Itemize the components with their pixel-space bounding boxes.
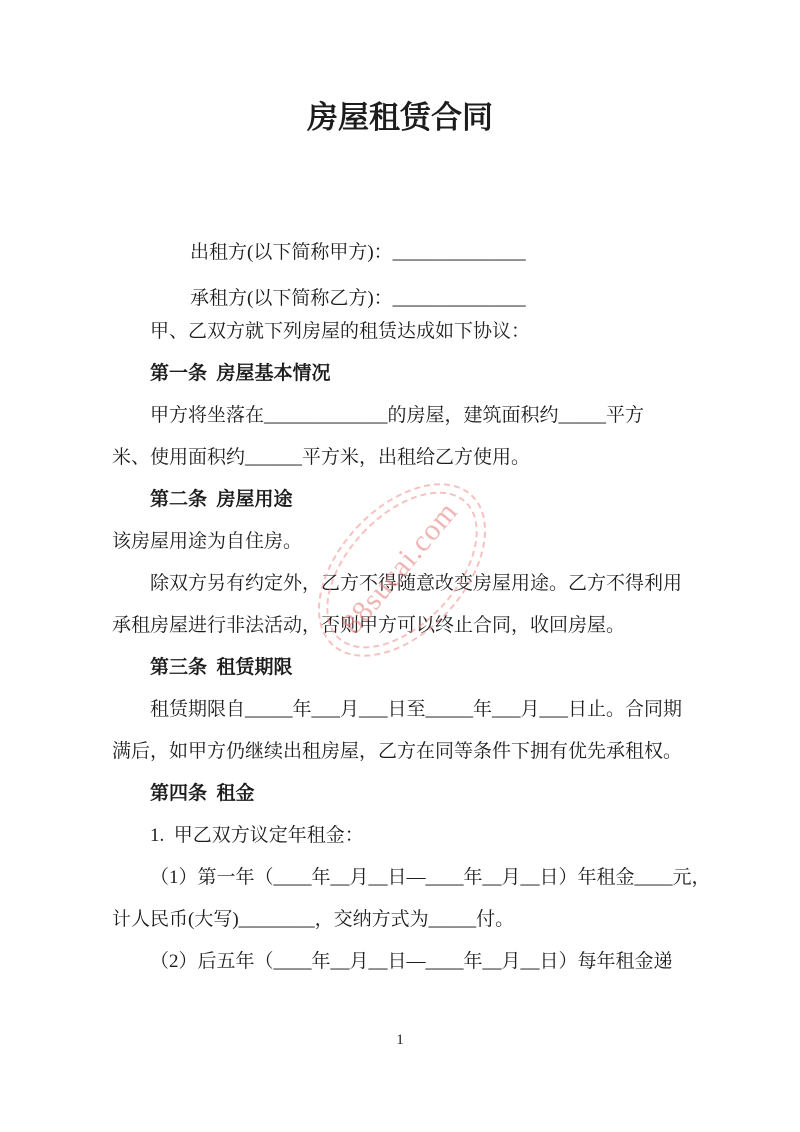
contract-line: （1）第一年（____年__月__日—____年__月__日）年租金____元，: [112, 857, 712, 899]
preamble-line: 甲、乙双方就下列房屋的租赁达成如下协议：: [112, 311, 712, 353]
section-1-heading: 第一条 房屋基本情况: [112, 353, 712, 395]
contract-page: 88sucai.com 房屋租赁合同 出租方(以下简称甲方)：_________…: [0, 0, 800, 1132]
contract-line: 租赁期限自_____年___月___日至_____年___月___日止。合同期: [112, 689, 712, 731]
contract-line: 承租房屋进行非法活动，否则甲方可以终止合同，收回房屋。: [112, 605, 712, 647]
contract-line: 1. 甲乙双方议定年租金：: [112, 815, 712, 857]
page-number: 1: [0, 1030, 800, 1050]
contract-line: 甲方将坐落在_____________的房屋，建筑面积约_____平方: [112, 395, 712, 437]
contract-line: 除双方另有约定外，乙方不得随意改变房屋用途。乙方不得利用: [112, 563, 712, 605]
lessee-blank-field: ______________: [393, 288, 526, 309]
lessor-line: 出租方(以下简称甲方)：______________: [152, 184, 526, 230]
party-section: 出租方(以下简称甲方)：______________ 承租方(以下简称乙方)：_…: [152, 184, 526, 276]
section-3-heading: 第三条 租赁期限: [112, 647, 712, 689]
lessor-label: 出租方(以下简称甲方)：: [190, 242, 393, 263]
lessor-blank-field: ______________: [393, 242, 526, 263]
contract-line: 计人民币(大写)________，交纳方式为_____付。: [112, 899, 712, 941]
lessee-label: 承租方(以下简称乙方)：: [190, 288, 393, 309]
contract-line: 该房屋用途为自住房。: [112, 521, 712, 563]
contract-line: （2）后五年（____年__月__日—____年__月__日）每年租金递: [112, 941, 712, 983]
section-2-heading: 第二条 房屋用途: [112, 479, 712, 521]
contract-body: 甲、乙双方就下列房屋的租赁达成如下协议： 第一条 房屋基本情况 甲方将坐落在__…: [112, 311, 712, 983]
contract-line: 米、使用面积约______平方米，出租给乙方使用。: [112, 437, 712, 479]
section-4-heading: 第四条 租金: [112, 773, 712, 815]
contract-line: 满后，如甲方仍继续出租房屋，乙方在同等条件下拥有优先承租权。: [112, 731, 712, 773]
document-title: 房屋租赁合同: [0, 96, 800, 140]
